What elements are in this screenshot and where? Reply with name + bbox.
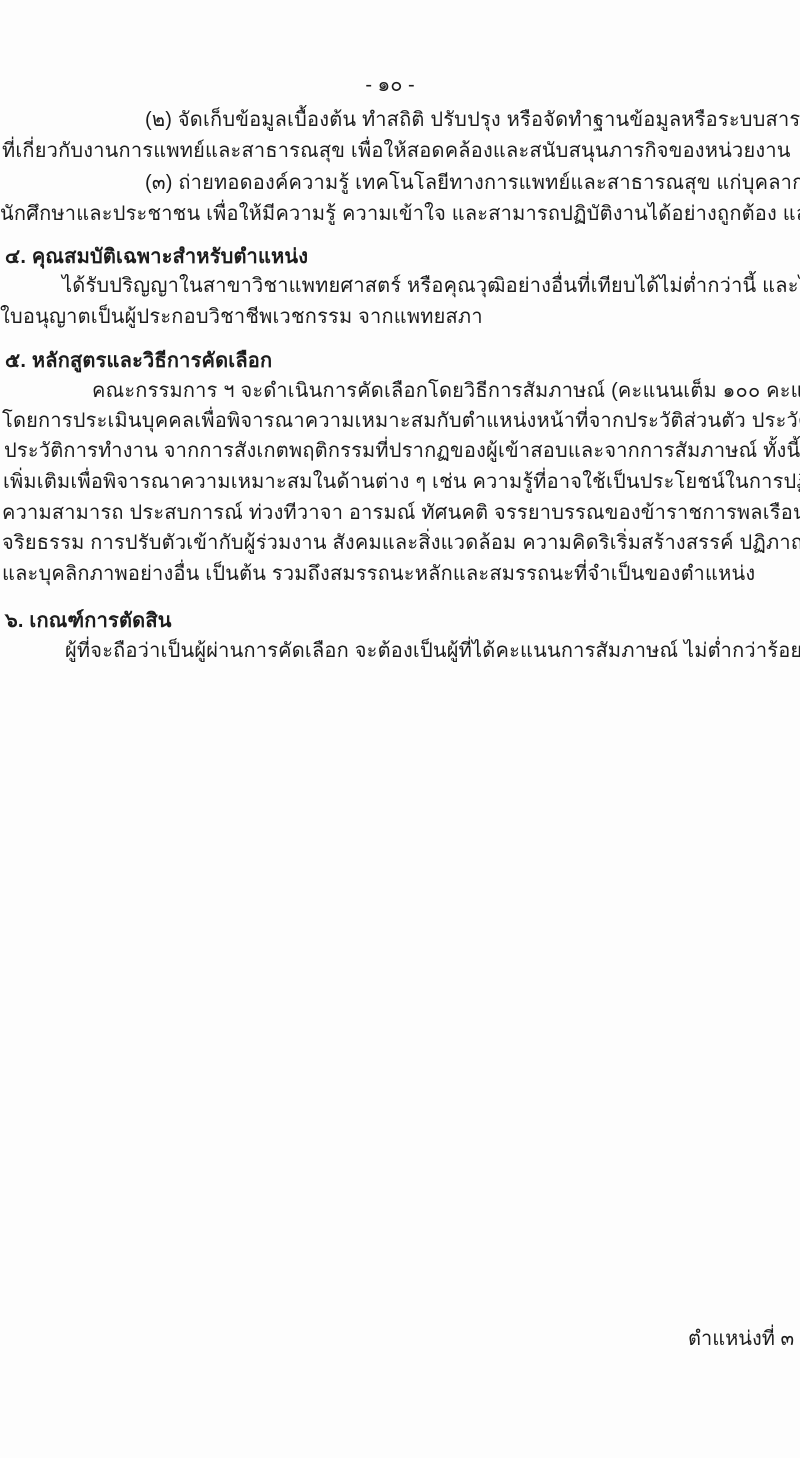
section4-heading: ๔. คุณสมบัติเฉพาะสำหรับตำแหน่ง bbox=[5, 243, 308, 271]
section5-line5: ความสามารถ ประสบการณ์ ท่วงทีวาจา อารมณ์ … bbox=[2, 499, 800, 527]
section6-heading: ๖. เกณฑ์การตัดสิน bbox=[5, 607, 172, 635]
section4-line1: ได้รับปริญญาในสาขาวิชาแพทยศาสตร์ หรือคุณ… bbox=[62, 272, 800, 300]
page-footer-note: ตำแหน่งที่ ๓ .. bbox=[688, 1322, 800, 1354]
item3-line2: นักศึกษาและประชาชน เพื่อให้มีความรู้ ควา… bbox=[0, 200, 800, 228]
section6-line1: ผู้ที่จะถือว่าเป็นผู้ผ่านการคัดเลือก จะต… bbox=[65, 637, 800, 665]
section5-line6: จริยธรรม การปรับตัวเข้ากับผู้ร่วมงาน สัง… bbox=[2, 529, 800, 557]
page-number: - ๑๐ - bbox=[0, 68, 780, 100]
item3-line1: (๓) ถ่ายทอดองค์ความรู้ เทคโนโลยีทางการแพ… bbox=[145, 169, 800, 197]
item2-line1: (๒) จัดเก็บข้อมูลเบื้องต้น ทำสถิติ ปรับป… bbox=[145, 106, 800, 134]
section5-heading: ๕. หลักสูตรและวิธีการคัดเลือก bbox=[5, 347, 272, 375]
section5-line3: ประวัติการทำงาน จากการสังเกตพฤติกรรมที่ป… bbox=[4, 437, 800, 465]
section5-line2: โดยการประเมินบุคคลเพื่อพิจารณาความเหมาะส… bbox=[2, 407, 800, 435]
section5-line4: เพิ่มเติมเพื่อพิจารณาความเหมาะสมในด้านต่… bbox=[3, 468, 800, 496]
document-page: - ๑๐ - (๒) จัดเก็บข้อมูลเบื้องต้น ทำสถิต… bbox=[0, 0, 800, 1458]
section5-line1: คณะกรรมการ ฯ จะดำเนินการคัดเลือกโดยวิธีก… bbox=[92, 377, 800, 405]
item2-line2: ที่เกี่ยวกับงานการแพทย์และสาธารณสุข เพื่… bbox=[2, 137, 791, 165]
section5-line7: และบุคลิกภาพอย่างอื่น เป็นต้น รวมถึงสมรร… bbox=[2, 560, 755, 588]
section4-line2: ใบอนุญาตเป็นผู้ประกอบวิชาชีพเวชกรรม จากแ… bbox=[0, 303, 483, 331]
